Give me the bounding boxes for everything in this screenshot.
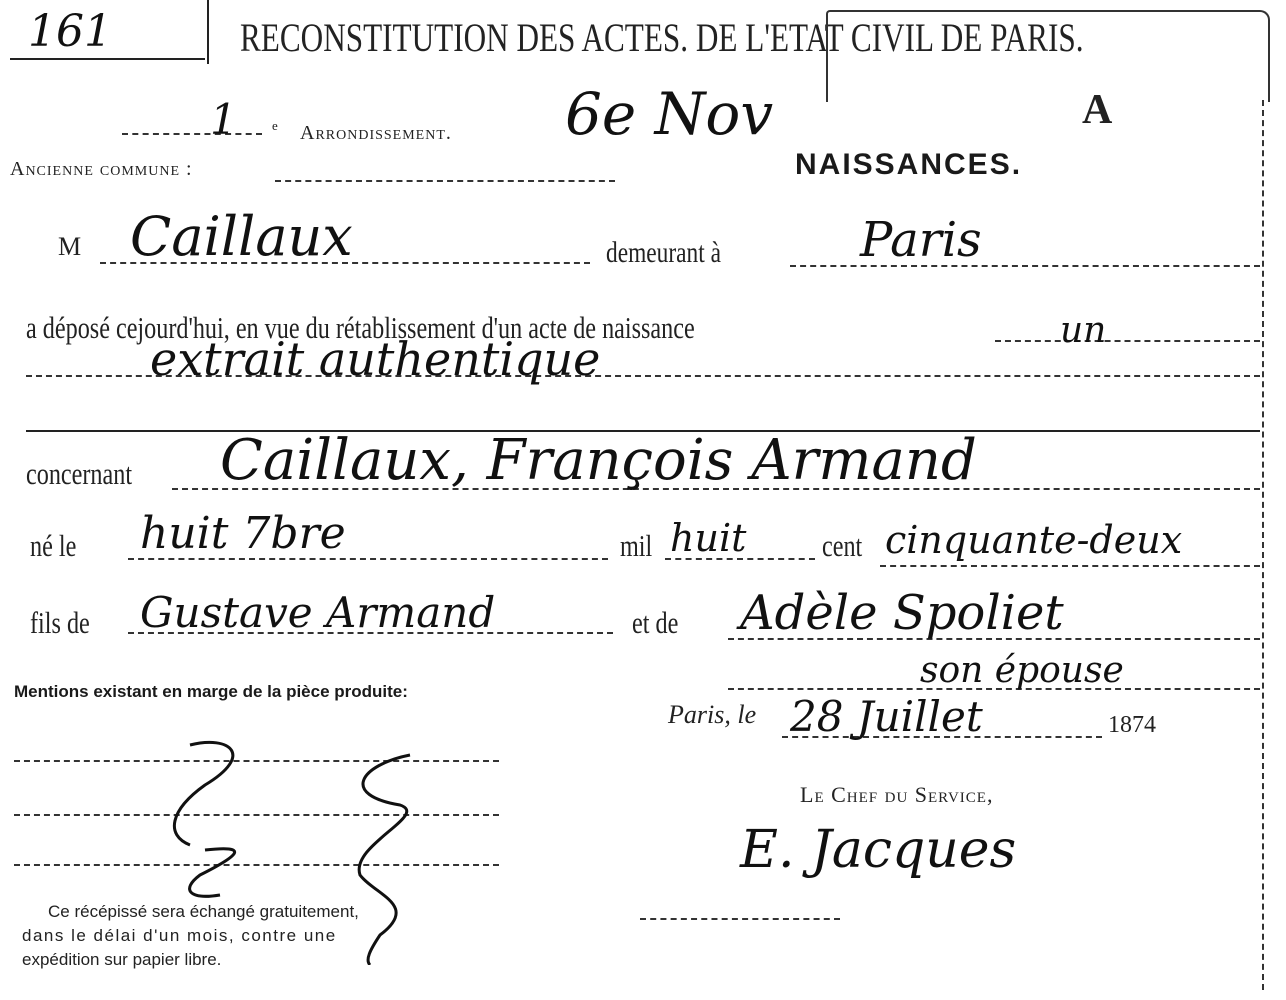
ancienne-commune-value <box>275 158 615 180</box>
arrondissement-label: Arrondissement. <box>300 122 452 145</box>
footer-line-2: dans le délai d'un mois, contre une <box>22 924 359 948</box>
ancienne-commune-line <box>275 180 615 182</box>
right-edge-line <box>1262 100 1264 990</box>
birth-day-month: huit 7bre <box>140 508 346 559</box>
birth-century: huit <box>670 516 746 560</box>
cent-label: cent <box>822 528 862 564</box>
document-b: extrait authentique <box>150 332 600 386</box>
arrondissement-suffix: e <box>272 118 278 134</box>
form-number: 161 <box>28 6 112 57</box>
arrondissement-value: 1 <box>210 95 237 144</box>
footer-line-3: expédition sur papier libre. <box>22 948 359 972</box>
mil-label: mil <box>620 528 652 564</box>
concernant-label: concernant <box>26 456 132 492</box>
section-title: NAISSANCES. <box>795 148 1022 182</box>
chef-signature: E. Jacques <box>740 820 1016 880</box>
stamp-note: 6e Nov <box>565 80 773 148</box>
demeurant-label: demeurant à <box>606 236 721 270</box>
arrondissement-line <box>122 133 262 135</box>
father-name: Gustave Armand <box>140 588 495 637</box>
signature-year: 1874 <box>1108 712 1156 739</box>
ne-le-label: né le <box>30 528 76 564</box>
document-a: un <box>1060 310 1106 351</box>
place-label: Paris, le <box>668 700 756 730</box>
deposant-name: Caillaux <box>130 205 353 268</box>
series-letter: A <box>1082 86 1112 134</box>
fils-de-label: fils de <box>30 605 90 641</box>
header-divider <box>207 0 209 64</box>
ancienne-commune-label: Ancienne commune : <box>10 158 193 181</box>
stamp-outline <box>826 10 1270 102</box>
signature-date: 28 Juillet <box>790 692 983 741</box>
number-box-underline <box>10 58 205 60</box>
signature-bottom-line <box>640 918 840 920</box>
chef-label: Le Chef du Service, <box>800 782 993 808</box>
et-de-label: et de <box>632 605 678 641</box>
mother-name: Adèle Spoliet <box>740 585 1064 641</box>
mother-note: son épouse <box>920 650 1124 691</box>
deposant-prefix: M <box>58 232 81 262</box>
birth-year-words: cinquante-deux <box>885 518 1182 562</box>
residence-value: Paris <box>860 212 982 268</box>
year-line <box>880 565 1260 567</box>
mentions-label: Mentions existant en marge de la pièce p… <box>14 682 408 702</box>
footer-line-1: Ce récépissé sera échangé gratuitement, <box>48 900 359 924</box>
subject-name: Caillaux, François Armand <box>220 428 977 493</box>
footer-note: Ce récépissé sera échangé gratuitement, … <box>48 900 359 972</box>
document-line-a <box>995 340 1260 342</box>
